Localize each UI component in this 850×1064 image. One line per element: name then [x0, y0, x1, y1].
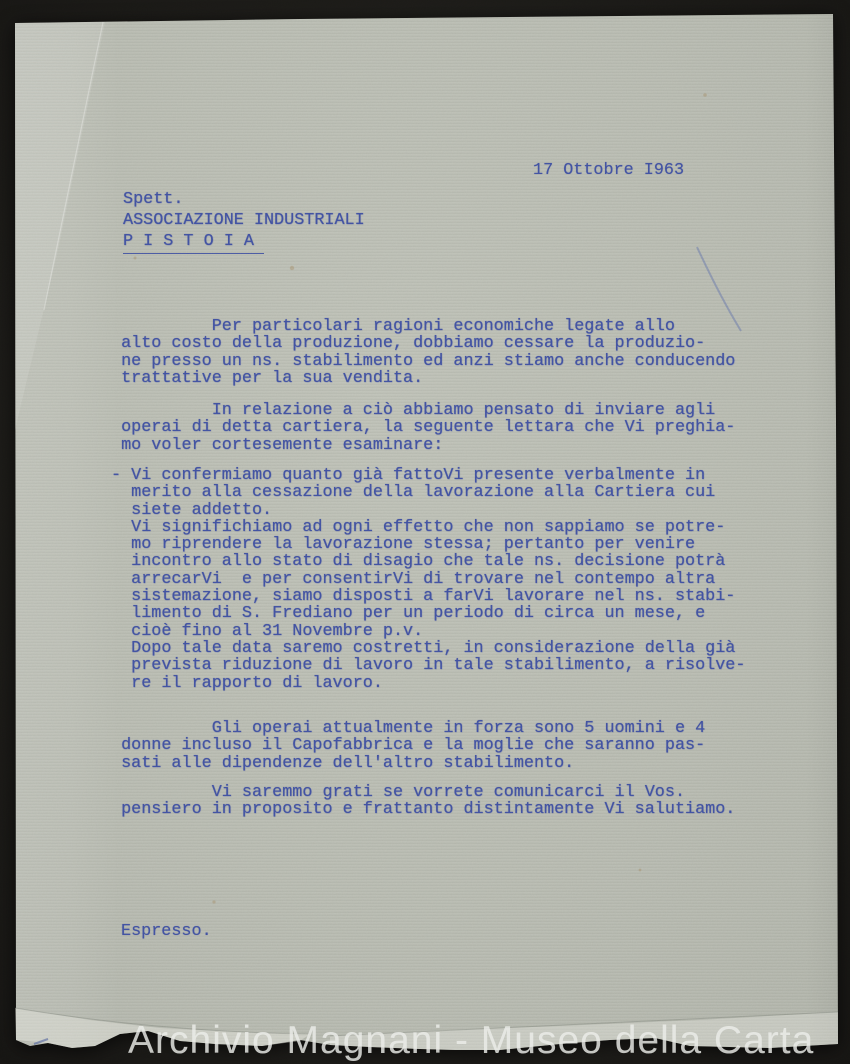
text-line: alto costo della produzione, dobbiamo ce…: [111, 335, 735, 352]
text-line: mo voler cortesemente esaminare:: [111, 437, 735, 454]
recipient-city: P I S T O I A: [123, 231, 365, 254]
text-line: pensiero in proposito e frattanto distin…: [111, 801, 735, 818]
date-line: 17 Ottobre I963: [533, 161, 684, 180]
text-line: arrecarVi e per consentirVi di trovare n…: [111, 571, 745, 588]
text-line: prevista riduzione di lavoro in tale sta…: [111, 657, 745, 674]
text-line: In relazione a ciò abbiamo pensato di in…: [111, 402, 735, 419]
scanned-letter: 17 Ottobre I963 Spett. ASSOCIAZIONE INDU…: [0, 0, 850, 1064]
paragraph-intro: In relazione a ciò abbiamo pensato di in…: [111, 402, 735, 454]
archive-watermark: Archivio Magnani - Museo della Carta: [128, 1019, 814, 1063]
paragraph-workers: Gli operai attualmente in forza sono 5 u…: [111, 720, 705, 772]
text-line: cioè fino al 31 Novembre p.v.: [111, 623, 745, 640]
text-line: Dopo tale data saremo costretti, in cons…: [111, 640, 745, 657]
text-line: limento di S. Frediano per un periodo di…: [111, 605, 745, 622]
text-line: operai di detta cartiera, la seguente le…: [111, 419, 735, 436]
text-line: re il rapporto di lavoro.: [111, 675, 745, 692]
text-line: Gli operai attualmente in forza sono 5 u…: [111, 720, 705, 737]
text-line: ne presso un ns. stabilimento ed anzi st…: [111, 353, 735, 370]
recipient-organization: ASSOCIAZIONE INDUSTRIALI: [123, 210, 365, 231]
text-line: mo riprendere la lavorazione stessa; per…: [111, 536, 745, 553]
paragraph-opening: Per particolari ragioni economiche legat…: [111, 318, 735, 387]
text-line: - Vi confermiamo quanto già fattoVi pres…: [111, 467, 745, 484]
espresso-note: Espresso.: [121, 922, 212, 941]
recipient-block: Spett. ASSOCIAZIONE INDUSTRIALI P I S T …: [123, 189, 365, 254]
text-line: Per particolari ragioni economiche legat…: [111, 318, 735, 335]
recipient-salutation: Spett.: [123, 189, 365, 210]
paragraph-salutation: Vi saremmo grati se vorrete comunicarci …: [111, 784, 735, 819]
text-line: merito alla cessazione della lavorazione…: [111, 484, 745, 501]
recipient-city-text: P I S T O I A: [123, 231, 264, 254]
text-line: sati alle dipendenze dell'altro stabilim…: [111, 755, 705, 772]
text-line: siete addetto.: [111, 502, 745, 519]
quoted-letter-block: - Vi confermiamo quanto già fattoVi pres…: [111, 467, 745, 692]
text-line: sistemazione, siamo disposti a farVi lav…: [111, 588, 745, 605]
text-line: trattative per la sua vendita.: [111, 370, 735, 387]
text-line: donne incluso il Capofabbrica e la mogli…: [111, 737, 705, 754]
letter-content: 17 Ottobre I963 Spett. ASSOCIAZIONE INDU…: [0, 0, 850, 1064]
text-line: Vi saremmo grati se vorrete comunicarci …: [111, 784, 735, 801]
text-line: incontro allo stato di disagio che tale …: [111, 553, 745, 570]
text-line: Vi significhiamo ad ogni effetto che non…: [111, 519, 745, 536]
